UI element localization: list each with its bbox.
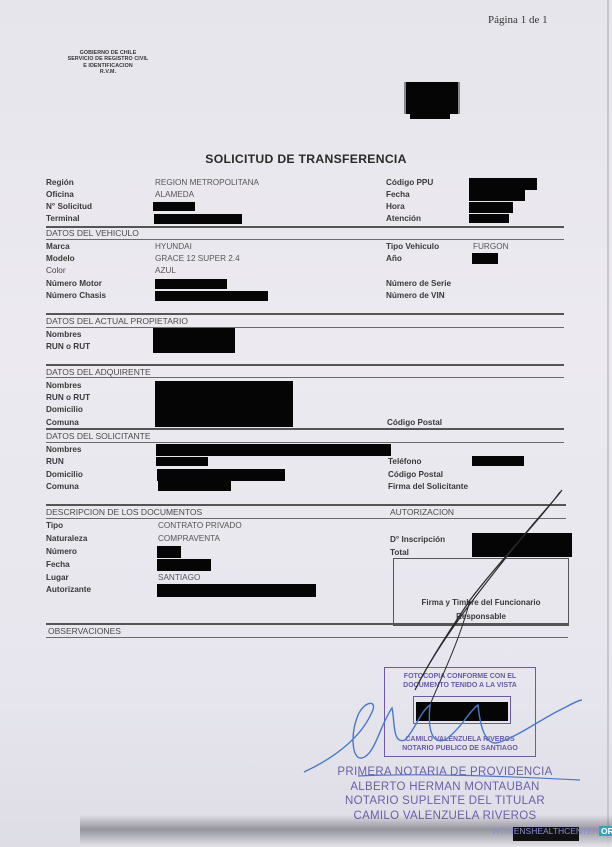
divider: [46, 327, 564, 328]
section-documentos: DESCRIPCION DE LOS DOCUMENTOS: [46, 507, 202, 517]
color-value: AZUL: [155, 266, 176, 275]
color-label: Color: [46, 266, 66, 275]
issuer-block: GOBIERNO DE CHILE SERVICIO DE REGISTRO C…: [38, 50, 178, 76]
marca-value: HYUNDAI: [155, 242, 192, 251]
stamp-line: DOCUMENTO TENIDO A LA VISTA: [385, 681, 535, 690]
redacted-ppu: [469, 178, 537, 190]
notary-line: ALBERTO HERMAN MONTAUBAN: [300, 780, 590, 795]
redacted-sol-telefono: [472, 456, 524, 466]
stamp-top: FOTOCOPIA CONFORME CON EL DOCUMENTO TENI…: [385, 672, 535, 690]
doc-naturaleza-value: COMPRAVENTA: [158, 534, 220, 543]
sol-run-label: RUN: [46, 457, 64, 466]
sol-postal-label: Código Postal: [388, 470, 443, 479]
redacted-sol-comuna: [158, 481, 231, 491]
redacted-hora: [469, 202, 513, 213]
oficina-label: Oficina: [46, 190, 74, 199]
doc-lugar-label: Lugar: [46, 573, 69, 582]
divider: [46, 623, 568, 625]
stamp-line: CAMILO VALENZUELA RIVEROS: [385, 735, 535, 744]
tipo-label: Tipo Vehiculo: [386, 242, 439, 251]
divider: [46, 442, 564, 443]
region-value: REGION METROPOLITANA: [155, 178, 259, 187]
doc-lugar-value: SANTIAGO: [158, 573, 200, 582]
sol-domicilio-label: Domicilio: [46, 470, 83, 479]
watermark-tld: ORG: [599, 826, 612, 836]
anio-label: Año: [386, 254, 402, 263]
doc-autorizante-label: Autorizante: [46, 585, 91, 594]
divider: [46, 364, 564, 366]
watermark-text: WOMENSHEALTHCENTER: [492, 826, 599, 836]
divider: [46, 377, 564, 378]
redacted-solicitud: [153, 202, 195, 211]
adq-rut-label: RUN o RUT: [46, 393, 90, 402]
redacted-inscripcion-total: [472, 533, 572, 557]
section-adquirente: DATOS DEL ADQUIRENTE: [46, 367, 151, 377]
paper-edge: [607, 0, 609, 847]
redacted-sol-nombres: [156, 444, 391, 456]
redacted-doc-fecha: [157, 559, 211, 571]
adq-postal-label: Código Postal: [387, 418, 442, 427]
divider: [46, 504, 566, 506]
doc-tipo-label: Tipo: [46, 521, 63, 530]
redacted-barcode-number: [410, 112, 450, 119]
sol-nombres-label: Nombres: [46, 445, 82, 454]
motor-label: Número Motor: [46, 279, 102, 288]
doc-numero-label: Número: [46, 547, 77, 556]
oficina-value: ALAMEDA: [155, 190, 194, 199]
fecha-label: Fecha: [386, 190, 410, 199]
section-solicitante: DATOS DEL SOLICITANTE: [46, 431, 151, 441]
notary-line: PRIMERA NOTARIA DE PROVIDENCIA: [300, 765, 590, 780]
redacted-doc-numero: [157, 546, 181, 558]
adq-comuna-label: Comuna: [46, 418, 79, 427]
sol-telefono-label: Teléfono: [388, 457, 422, 466]
adq-domicilio-label: Domicilio: [46, 405, 83, 414]
watermark: WOMENSHEALTHCENTERORG: [492, 826, 612, 836]
redacted-autorizante: [157, 584, 316, 597]
atencion-label: Atención: [386, 214, 421, 223]
prop-nombres-label: Nombres: [46, 330, 82, 339]
divider: [46, 428, 564, 430]
redacted-terminal: [154, 214, 242, 224]
redacted-barcode: [404, 82, 460, 114]
stamp-line: FOTOCOPIA CONFORME CON EL: [385, 672, 535, 681]
sol-comuna-label: Comuna: [46, 482, 79, 491]
serie-label: Número de Serie: [386, 279, 451, 288]
issuer-line: R.V.M.: [38, 69, 178, 75]
total-label: Total: [390, 548, 409, 557]
modelo-value: GRACE 12 SUPER 2.4: [155, 254, 240, 263]
doc-fecha-label: Fecha: [46, 560, 70, 569]
redacted-motor: [155, 279, 227, 289]
section-vehiculo: DATOS DEL VEHICULO: [46, 228, 139, 238]
redacted-adquirente: [155, 381, 293, 427]
caption-line: Firma y Timbre del Funcionario: [393, 596, 569, 610]
vin-label: Número de VIN: [386, 291, 445, 300]
stamp-line: NOTARIO PUBLICO DE SANTIAGO: [385, 744, 535, 753]
section-autorizacion: AUTORIZACION: [390, 507, 454, 517]
section-propietario: DATOS DEL ACTUAL PROPIETARIO: [46, 316, 188, 326]
redacted-chasis: [155, 291, 268, 301]
divider: [46, 518, 566, 519]
solicitud-label: N° Solicitud: [46, 202, 92, 211]
page-number: Página 1 de 1: [488, 14, 548, 26]
adq-nombres-label: Nombres: [46, 381, 82, 390]
region-label: Región: [46, 178, 74, 187]
inscripcion-label: D° Inscripción: [390, 535, 445, 544]
redacted-fecha: [469, 190, 525, 201]
doc-naturaleza-label: Naturaleza: [46, 534, 87, 543]
caption-line: Responsable: [393, 610, 569, 624]
terminal-label: Terminal: [46, 214, 80, 223]
divider: [46, 637, 568, 638]
doc-tipo-value: CONTRATO PRIVADO: [158, 521, 242, 530]
notary-line: NOTARIO SUPLENTE DEL TITULAR: [300, 794, 590, 809]
redacted-atencion: [469, 214, 509, 223]
section-observaciones: OBSERVACIONES: [48, 626, 121, 636]
redacted-anio: [472, 253, 498, 264]
sol-firma-label: Firma del Solicitante: [388, 482, 468, 491]
redacted-stamp-number: [416, 702, 508, 721]
hora-label: Hora: [386, 202, 405, 211]
stamp-bottom: CAMILO VALENZUELA RIVEROS NOTARIO PUBLIC…: [385, 735, 535, 753]
redacted-sol-domicilio: [157, 469, 285, 481]
modelo-label: Modelo: [46, 254, 75, 263]
document-title: SOLICITUD DE TRANSFERENCIA: [0, 152, 612, 166]
prop-rut-label: RUN o RUT: [46, 342, 90, 351]
divider: [46, 239, 564, 240]
funcionario-signature-caption: Firma y Timbre del Funcionario Responsab…: [393, 596, 569, 624]
ppu-label: Código PPU: [386, 178, 433, 187]
tipo-value: FURGON: [473, 242, 508, 251]
redacted-sol-run: [156, 457, 208, 466]
marca-label: Marca: [46, 242, 70, 251]
chasis-label: Número Chasis: [46, 291, 106, 300]
divider: [46, 313, 564, 315]
redacted-propietario: [153, 328, 235, 353]
